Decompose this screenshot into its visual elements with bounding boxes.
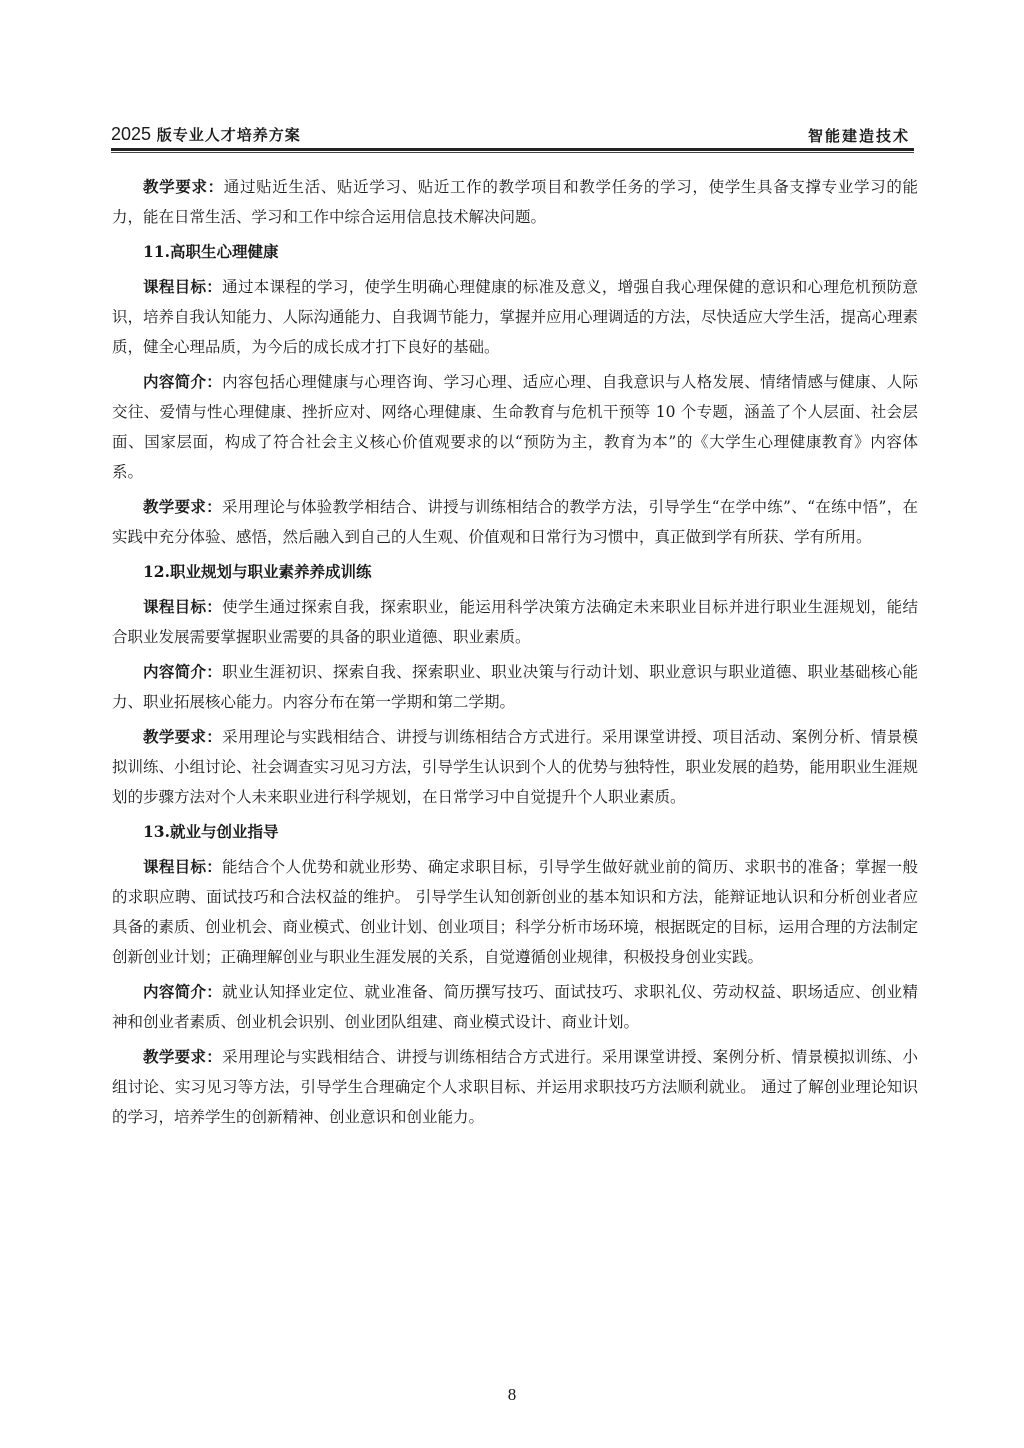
- section-title: 11.高职生心理健康: [112, 237, 918, 267]
- paragraph-label: 课程目标：: [143, 277, 222, 296]
- course-goal-paragraph: 课程目标：使学生通过探索自我，探索职业，能运用科学决策方法确定未来职业目标并进行…: [112, 592, 918, 652]
- document-title: 2025 版专业人才培养方案: [111, 124, 301, 145]
- paragraph-text: 通过贴近生活、贴近学习、贴近工作的教学项目和教学任务的学习，使学生具备支撑专业学…: [112, 178, 918, 226]
- section-title: 12.职业规划与职业素养养成训练: [112, 557, 918, 587]
- teaching-requirement-paragraph: 教学要求：采用理论与实践相结合、讲授与训练相结合方式进行。采用课堂讲授、项目活动…: [112, 722, 918, 812]
- document-year: 2025: [111, 124, 151, 144]
- page-header: 2025 版专业人才培养方案 智能建造技术: [111, 122, 914, 146]
- paragraph-text: 使学生通过探索自我，探索职业，能运用科学决策方法确定未来职业目标并进行职业生涯规…: [112, 598, 918, 646]
- paragraph-text: 采用理论与实践相结合、讲授与训练相结合方式进行。采用课堂讲授、项目活动、案例分析…: [112, 728, 918, 806]
- page-number: 8: [0, 1385, 1024, 1405]
- paragraph-text: 能结合个人优势和就业形势、确定求职目标，引导学生做好就业前的简历、求职书的准备；…: [112, 858, 918, 966]
- paragraph-text: 内容包括心理健康与心理咨询、学习心理、适应心理、自我意识与人格发展、情绪情感与健…: [112, 373, 918, 481]
- paragraph-text: 采用理论与体验教学相结合、讲授与训练相结合的教学方法，引导学生“在学中练”、“在…: [112, 498, 918, 546]
- teaching-requirement-paragraph: 教学要求：采用理论与实践相结合、讲授与训练相结合方式进行。采用课堂讲授、案例分析…: [112, 1042, 918, 1132]
- intro-paragraph: 教学要求：通过贴近生活、贴近学习、贴近工作的教学项目和教学任务的学习，使学生具备…: [112, 172, 918, 232]
- paragraph-text: 通过本课程的学习，使学生明确心理健康的标准及意义，增强自我心理保健的意识和心理危…: [112, 278, 918, 356]
- content-summary-paragraph: 内容简介：就业认知择业定位、就业准备、简历撰写技巧、面试技巧、求职礼仪、劳动权益…: [112, 977, 918, 1037]
- paragraph-label: 内容简介：: [143, 372, 222, 391]
- course-goal-paragraph: 课程目标：通过本课程的学习，使学生明确心理健康的标准及意义，增强自我心理保健的意…: [112, 272, 918, 362]
- page-content: 教学要求：通过贴近生活、贴近学习、贴近工作的教学项目和教学任务的学习，使学生具备…: [112, 172, 918, 1137]
- paragraph-text: 职业生涯初识、探索自我、探索职业、职业决策与行动计划、职业意识与职业道德、职业基…: [112, 663, 918, 711]
- content-summary-paragraph: 内容简介：职业生涯初识、探索自我、探索职业、职业决策与行动计划、职业意识与职业道…: [112, 657, 918, 717]
- section-13: 13.就业与创业指导 课程目标：能结合个人优势和就业形势、确定求职目标，引导学生…: [112, 817, 918, 1132]
- section-title: 13.就业与创业指导: [112, 817, 918, 847]
- header-rule-thin: [111, 152, 914, 153]
- paragraph-label: 教学要求：: [143, 177, 224, 196]
- paragraph-text: 采用理论与实践相结合、讲授与训练相结合方式进行。采用课堂讲授、案例分析、情景模拟…: [112, 1048, 918, 1126]
- teaching-requirement-paragraph: 教学要求：采用理论与体验教学相结合、讲授与训练相结合的教学方法，引导学生“在学中…: [112, 492, 918, 552]
- paragraph-label: 课程目标：: [143, 857, 222, 876]
- course-goal-paragraph: 课程目标：能结合个人优势和就业形势、确定求职目标，引导学生做好就业前的简历、求职…: [112, 852, 918, 972]
- paragraph-label: 教学要求：: [143, 497, 222, 516]
- paragraph-text: 就业认知择业定位、就业准备、简历撰写技巧、面试技巧、求职礼仪、劳动权益、职场适应…: [112, 983, 918, 1031]
- paragraph-label: 内容简介：: [143, 662, 222, 681]
- section-11: 11.高职生心理健康 课程目标：通过本课程的学习，使学生明确心理健康的标准及意义…: [112, 237, 918, 552]
- paragraph-label: 课程目标：: [143, 597, 222, 616]
- major-name: 智能建造技术: [808, 125, 910, 146]
- paragraph-label: 教学要求：: [143, 727, 222, 746]
- paragraph-label: 教学要求：: [143, 1047, 222, 1066]
- header-rule-thick: [111, 148, 914, 151]
- section-12: 12.职业规划与职业素养养成训练 课程目标：使学生通过探索自我，探索职业，能运用…: [112, 557, 918, 812]
- paragraph-label: 内容简介：: [143, 982, 222, 1001]
- content-summary-paragraph: 内容简介：内容包括心理健康与心理咨询、学习心理、适应心理、自我意识与人格发展、情…: [112, 367, 918, 487]
- document-title-text: 版专业人才培养方案: [157, 126, 301, 144]
